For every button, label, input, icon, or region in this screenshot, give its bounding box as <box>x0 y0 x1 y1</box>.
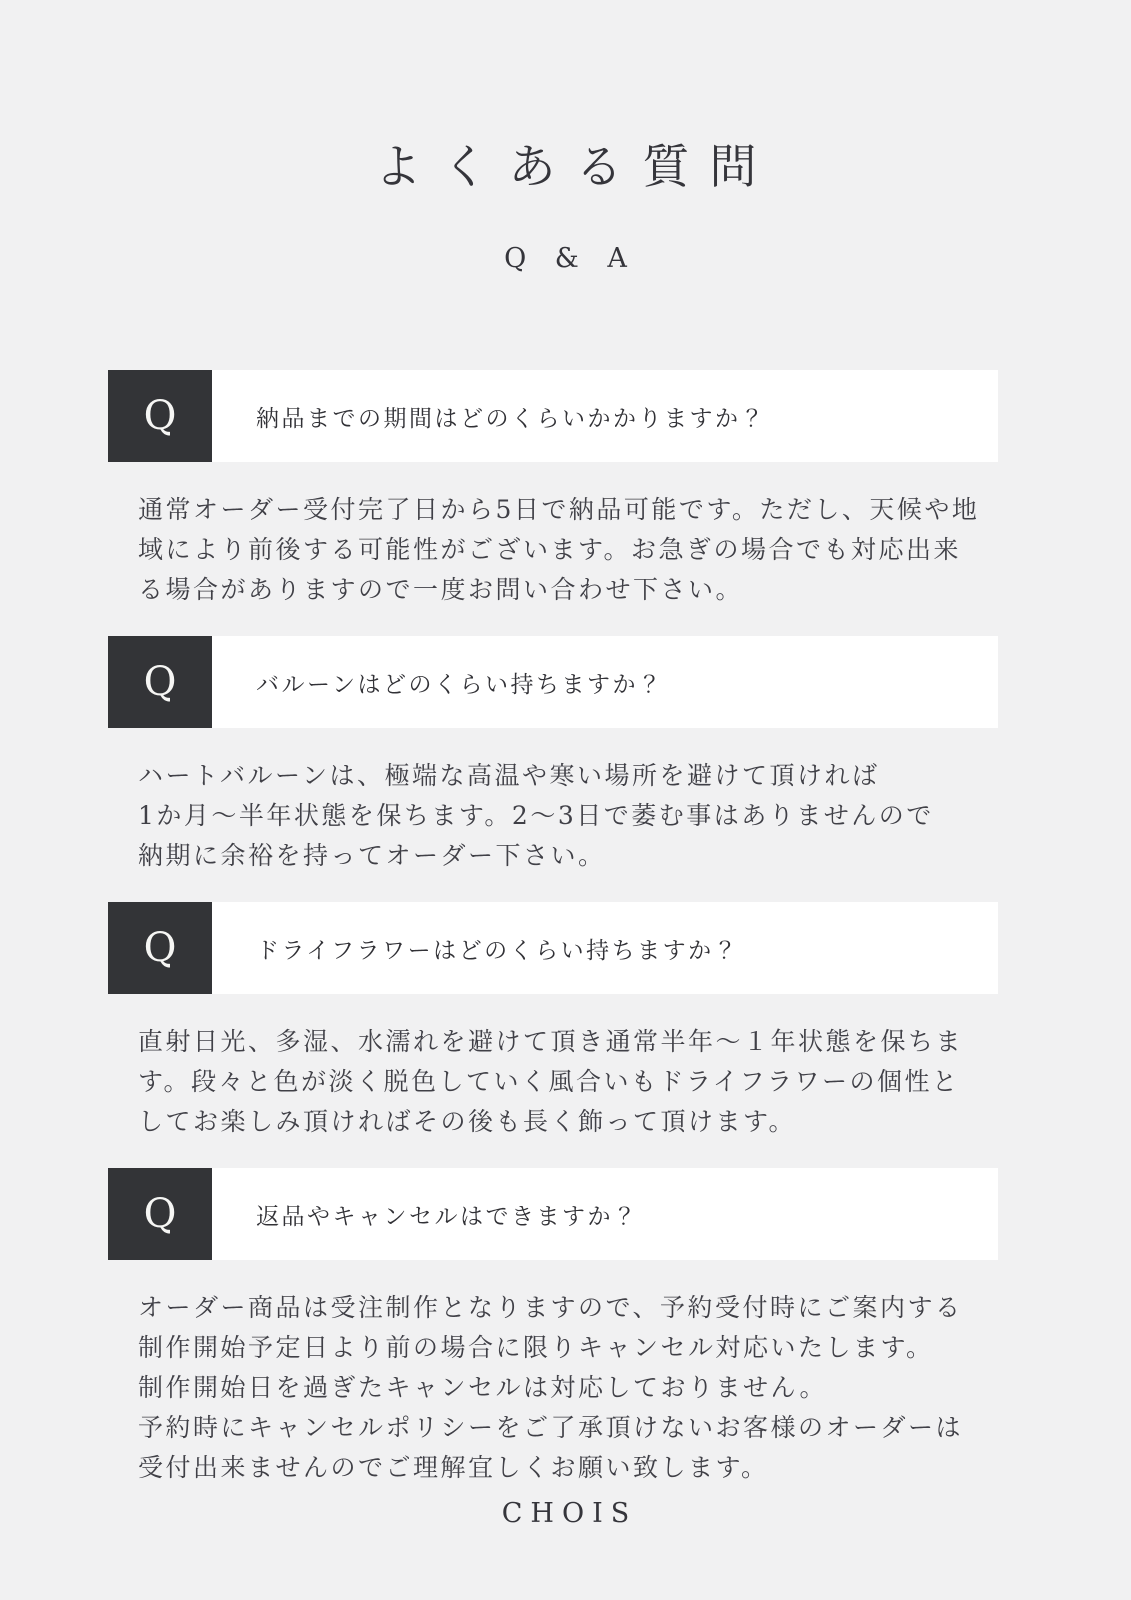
answer-text: オーダー商品は受注制作となりますので、予約受付時にご案内する 制作開始予定日より… <box>138 1288 998 1488</box>
faq-item: Q 納品までの期間はどのくらいかかりますか？ 通常オーダー受付完了日から5日で納… <box>108 370 998 610</box>
brand-logo: CHOIS <box>0 1498 1131 1529</box>
q-badge: Q <box>108 370 212 462</box>
question-text: バルーンはどのくらい持ちますか？ <box>212 636 998 728</box>
answer-text: 直射日光、多湿、水濡れを避けて頂き通常半年～１年状態を保ちま す。段々と色が淡く… <box>138 1022 998 1142</box>
faq-page: よくある質問 Q & A Q 納品までの期間はどのくらいかかりますか？ 通常オー… <box>0 0 1131 1600</box>
answer-line: オーダー商品は受注制作となりますので、予約受付時にご案内する <box>138 1288 998 1328</box>
faq-item: Q ドライフラワーはどのくらい持ちますか？ 直射日光、多湿、水濡れを避けて頂き通… <box>108 902 998 1142</box>
answer-line: 1か月～半年状態を保ちます。2～3日で萎む事はありませんので <box>138 796 998 836</box>
answer-line: 域により前後する可能性がございます。お急ぎの場合でも対応出来 <box>138 530 998 570</box>
answer-line: 制作開始予定日より前の場合に限りキャンセル対応いたします。 <box>138 1328 998 1368</box>
faq-list: Q 納品までの期間はどのくらいかかりますか？ 通常オーダー受付完了日から5日で納… <box>108 370 998 1488</box>
answer-line: 直射日光、多湿、水濡れを避けて頂き通常半年～１年状態を保ちま <box>138 1022 998 1062</box>
faq-item: Q 返品やキャンセルはできますか？ オーダー商品は受注制作となりますので、予約受… <box>108 1168 998 1488</box>
page-title: よくある質問 <box>0 0 1131 197</box>
answer-line: 納期に余裕を持ってオーダー下さい。 <box>138 836 998 876</box>
faq-item: Q バルーンはどのくらい持ちますか？ ハートバルーンは、極端な高温や寒い場所を避… <box>108 636 998 876</box>
question-bar: Q バルーンはどのくらい持ちますか？ <box>108 636 998 728</box>
question-bar: Q 納品までの期間はどのくらいかかりますか？ <box>108 370 998 462</box>
q-badge: Q <box>108 902 212 994</box>
answer-line: る場合がありますので一度お問い合わせ下さい。 <box>138 570 998 610</box>
question-text: 納品までの期間はどのくらいかかりますか？ <box>212 370 998 462</box>
answer-line: 予約時にキャンセルポリシーをご了承頂けないお客様のオーダーは <box>138 1408 998 1448</box>
answer-line: 受付出来ませんのでご理解宜しくお願い致します。 <box>138 1448 998 1488</box>
q-badge: Q <box>108 1168 212 1260</box>
page-subtitle: Q & A <box>0 243 1131 274</box>
question-text: 返品やキャンセルはできますか？ <box>212 1168 998 1260</box>
question-bar: Q ドライフラワーはどのくらい持ちますか？ <box>108 902 998 994</box>
answer-line: ハートバルーンは、極端な高温や寒い場所を避けて頂ければ <box>138 756 998 796</box>
answer-text: 通常オーダー受付完了日から5日で納品可能です。ただし、天候や地 域により前後する… <box>138 490 998 610</box>
q-badge: Q <box>108 636 212 728</box>
question-bar: Q 返品やキャンセルはできますか？ <box>108 1168 998 1260</box>
answer-line: 通常オーダー受付完了日から5日で納品可能です。ただし、天候や地 <box>138 490 998 530</box>
answer-line: してお楽しみ頂ければその後も長く飾って頂けます。 <box>138 1102 998 1142</box>
answer-line: 制作開始日を過ぎたキャンセルは対応しておりません。 <box>138 1368 998 1408</box>
header: よくある質問 Q & A <box>0 0 1131 274</box>
question-text: ドライフラワーはどのくらい持ちますか？ <box>212 902 998 994</box>
answer-text: ハートバルーンは、極端な高温や寒い場所を避けて頂ければ 1か月～半年状態を保ちま… <box>138 756 998 876</box>
answer-line: す。段々と色が淡く脱色していく風合いもドライフラワーの個性と <box>138 1062 998 1102</box>
